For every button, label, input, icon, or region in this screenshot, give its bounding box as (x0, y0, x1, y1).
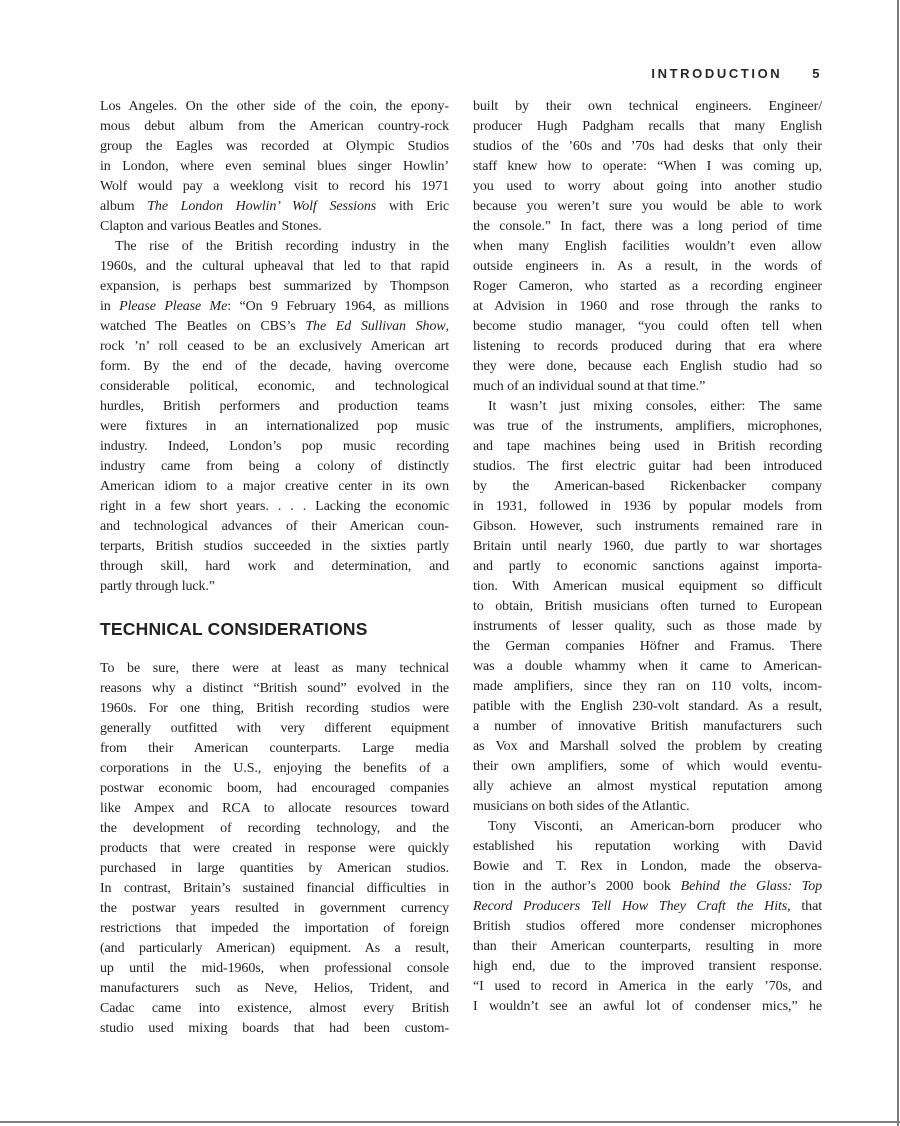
text-line: tion. With American musical equipment so… (473, 577, 822, 597)
body-text: industry. Indeed, London’s pop music rec… (100, 439, 449, 454)
right-column: built by their own technical engineers. … (473, 97, 822, 1039)
text-columns: Los Angeles. On the other side of the co… (100, 97, 822, 1039)
text-line: much of an individual sound at that time… (473, 377, 822, 397)
body-text: through skill, hard work and determinati… (100, 559, 449, 574)
text-line: 1960s, and the cultural upheaval that le… (100, 257, 449, 277)
text-line: because you weren’t sure you would be ab… (473, 197, 822, 217)
text-line: instruments of lesser quality, such as t… (473, 617, 822, 637)
text-line: to obtain, British musicians often turne… (473, 597, 822, 617)
text-line: made amplifiers, since they ran on 110 v… (473, 677, 822, 697)
body-text: The rise of the British recording indust… (115, 239, 449, 254)
text-line: terparts, British studios succeeded in t… (100, 537, 449, 557)
text-line: British studios offered more condenser m… (473, 917, 822, 937)
body-text: mous debut album from the American count… (100, 119, 449, 134)
body-text: manufacturers such as Neve, Helios, Trid… (100, 981, 449, 996)
text-line: producer Hugh Padgham recalls that many … (473, 117, 822, 137)
text-line: To be sure, there were at least as many … (100, 659, 449, 679)
text-line: partly through luck.” (100, 577, 449, 597)
text-line: hurdles, British performers and producti… (100, 397, 449, 417)
text-line: restrictions that impeded the importatio… (100, 919, 449, 939)
text-line: Gibson. However, such instruments remain… (473, 517, 822, 537)
body-text: to obtain, British musicians often turne… (473, 599, 822, 614)
body-text: , (446, 319, 449, 334)
body-text: right in a few short years. . . . Lackin… (100, 499, 449, 514)
text-line: and tape machines being used in British … (473, 437, 822, 457)
italic-text: The London Howlin’ Wolf Sessions (147, 199, 376, 214)
text-line: In contrast, Britain’s sustained financi… (100, 879, 449, 899)
text-line: the development of recording technology,… (100, 819, 449, 839)
text-line: they were done, because each English stu… (473, 357, 822, 377)
text-line: American idiom to a major creative cente… (100, 477, 449, 497)
body-text: “I used to record in America in the earl… (473, 979, 822, 994)
left-column: Los Angeles. On the other side of the co… (100, 97, 449, 1039)
text-line: at Advision in 1960 and rose through the… (473, 297, 822, 317)
body-text: and partly to economic sanctions against… (473, 559, 822, 574)
body-text: than their American counterparts, result… (473, 939, 822, 954)
text-line: like Ampex and RCA to allocate resources… (100, 799, 449, 819)
body-text: when many English facilities wouldn’t ev… (473, 239, 822, 254)
body-text: considerable political, economic, and te… (100, 379, 449, 394)
text-line: It wasn’t just mixing consoles, either: … (473, 397, 822, 417)
body-text: Roger Cameron, who started as a recordin… (473, 279, 822, 294)
text-line: Cadac came into existence, almost every … (100, 999, 449, 1019)
body-text: was true of the instruments, amplifiers,… (473, 419, 822, 434)
page-edge-right (897, 0, 899, 1126)
body-text: studio used mixing boards that had been … (100, 1021, 449, 1036)
body-text: tion. With American musical equipment so… (473, 579, 822, 594)
body-text: postwar economic boom, had encouraged co… (100, 781, 449, 796)
body-text: become studio manager, “you could often … (473, 319, 822, 334)
body-text: patible with the English 230-volt standa… (473, 699, 822, 714)
body-text: To be sure, there were at least as many … (100, 661, 449, 676)
body-text: producer Hugh Padgham recalls that many … (473, 119, 822, 134)
paragraph: To be sure, there were at least as many … (100, 659, 449, 1039)
text-line: you used to worry about going into anoth… (473, 177, 822, 197)
body-text: It wasn’t just mixing consoles, either: … (488, 399, 822, 414)
text-line: their own amplifiers, some of which woul… (473, 757, 822, 777)
paragraph: Los Angeles. On the other side of the co… (100, 97, 449, 237)
body-text: the development of recording technology,… (100, 821, 449, 836)
body-text: as Vox and Marshall solved the problem b… (473, 739, 822, 754)
body-text: in 1931, followed in 1936 by popular mod… (473, 499, 822, 514)
running-head-title: INTRODUCTION (651, 66, 782, 81)
text-line: up until the mid-1960s, when professiona… (100, 959, 449, 979)
body-text: partly through luck.” (100, 579, 215, 594)
body-text: American idiom to a major creative cente… (100, 479, 449, 494)
text-line: a number of innovative British manufactu… (473, 717, 822, 737)
body-text: were fixtures in an internationalized po… (100, 419, 449, 434)
body-text: Clapton and various Beatles and Stones. (100, 219, 322, 234)
text-line: group the Eagles was recorded at Olympic… (100, 137, 449, 157)
body-text: (and particularly American) equipment. A… (100, 941, 449, 956)
body-text: Los Angeles. On the other side of the co… (100, 99, 449, 114)
body-text: and technological advances of their Amer… (100, 519, 449, 534)
text-line: from their American counterparts. Large … (100, 739, 449, 759)
text-line: in 1931, followed in 1936 by popular mod… (473, 497, 822, 517)
text-line: Wolf would pay a weeklong visit to recor… (100, 177, 449, 197)
text-line: and technological advances of their Amer… (100, 517, 449, 537)
body-text: musicians on both sides of the Atlantic. (473, 799, 689, 814)
text-line: (and particularly American) equipment. A… (100, 939, 449, 959)
text-line: reasons why a distinct “British sound” e… (100, 679, 449, 699)
text-line: patible with the English 230-volt standa… (473, 697, 822, 717)
body-text: listening to records produced during tha… (473, 339, 822, 354)
body-text: terparts, British studios succeeded in t… (100, 539, 449, 554)
text-line: Los Angeles. On the other side of the co… (100, 97, 449, 117)
text-line: manufacturers such as Neve, Helios, Trid… (100, 979, 449, 999)
text-line: built by their own technical engineers. … (473, 97, 822, 117)
text-line: form. By the end of the decade, having o… (100, 357, 449, 377)
body-text: group the Eagles was recorded at Olympic… (100, 139, 449, 154)
body-text: industry came from being a colony of dis… (100, 459, 449, 474)
body-text: In contrast, Britain’s sustained financi… (100, 881, 449, 896)
text-line: listening to records produced during tha… (473, 337, 822, 357)
text-line: by the American-based Rickenbacker compa… (473, 477, 822, 497)
text-line: industry came from being a colony of dis… (100, 457, 449, 477)
body-text: expansion, is perhaps best summarized by… (100, 279, 449, 294)
body-text: much of an individual sound at that time… (473, 379, 705, 394)
body-text: by the American-based Rickenbacker compa… (473, 479, 822, 494)
text-line: musicians on both sides of the Atlantic. (473, 797, 822, 817)
body-text: Tony Visconti, an American-born producer… (488, 819, 822, 834)
body-text: their own amplifiers, some of which woul… (473, 759, 822, 774)
text-line: 1960s. For one thing, British recording … (100, 699, 449, 719)
text-line: outside engineers in. As a result, in th… (473, 257, 822, 277)
text-line: Tony Visconti, an American-born producer… (473, 817, 822, 837)
body-text: : “On 9 February 1964, as millions (227, 299, 449, 314)
text-line: high end, due to the improved transient … (473, 957, 822, 977)
book-page: INTRODUCTION 5 Los Angeles. On the other… (0, 0, 900, 1126)
text-line: I wouldn’t see an awful lot of condenser… (473, 997, 822, 1017)
text-line: established his reputation working with … (473, 837, 822, 857)
body-text: a number of innovative British manufactu… (473, 719, 822, 734)
text-line: considerable political, economic, and te… (100, 377, 449, 397)
text-line: through skill, hard work and determinati… (100, 557, 449, 577)
text-line: in London, where even seminal blues sing… (100, 157, 449, 177)
text-line: The rise of the British recording indust… (100, 237, 449, 257)
body-text: generally outfitted with very different … (100, 721, 449, 736)
body-text: studios of the ’60s and ’70s had desks t… (473, 139, 822, 154)
text-line: Bowie and T. Rex in London, made the obs… (473, 857, 822, 877)
body-text: in (100, 299, 119, 314)
text-line: ally achieve an almost mystical reputati… (473, 777, 822, 797)
text-line: generally outfitted with very different … (100, 719, 449, 739)
body-text: established his reputation working with … (473, 839, 822, 854)
paragraph: built by their own technical engineers. … (473, 97, 822, 397)
body-text: in London, where even seminal blues sing… (100, 159, 449, 174)
page-edge-bottom (0, 1121, 900, 1123)
body-text: staff knew how to operate: “When I was c… (473, 159, 822, 174)
text-line: studios of the ’60s and ’70s had desks t… (473, 137, 822, 157)
italic-text: The Ed Sullivan Show (305, 319, 445, 334)
section-heading: TECHNICAL CONSIDERATIONS (100, 616, 449, 642)
text-line: become studio manager, “you could often … (473, 317, 822, 337)
body-text: they were done, because each English stu… (473, 359, 822, 374)
body-text: restrictions that impeded the importatio… (100, 921, 449, 936)
text-line: mous debut album from the American count… (100, 117, 449, 137)
text-line: tion in the author’s 2000 book Behind th… (473, 877, 822, 897)
body-text: 1960s. For one thing, British recording … (100, 701, 449, 716)
body-text: Cadac came into existence, almost every … (100, 1001, 449, 1016)
paragraph: It wasn’t just mixing consoles, either: … (473, 397, 822, 817)
body-text: Wolf would pay a weeklong visit to recor… (100, 179, 449, 194)
body-text: Bowie and T. Rex in London, made the obs… (473, 859, 822, 874)
text-line: than their American counterparts, result… (473, 937, 822, 957)
text-line: was a double whammy when it came to Amer… (473, 657, 822, 677)
body-text: was a double whammy when it came to Amer… (473, 659, 822, 674)
body-text: watched The Beatles on CBS’s (100, 319, 305, 334)
body-text: I wouldn’t see an awful lot of condenser… (473, 999, 822, 1014)
text-line: the console.” In fact, there was a long … (473, 217, 822, 237)
body-text: reasons why a distinct “British sound” e… (100, 681, 449, 696)
text-line: the postwar years resulted in government… (100, 899, 449, 919)
paragraph: Tony Visconti, an American-born producer… (473, 817, 822, 1017)
body-text: because you weren’t sure you would be ab… (473, 199, 822, 214)
text-line: right in a few short years. . . . Lackin… (100, 497, 449, 517)
body-text: the console.” In fact, there was a long … (473, 219, 822, 234)
body-text: high end, due to the improved transient … (473, 959, 822, 974)
body-text: at Advision in 1960 and rose through the… (473, 299, 822, 314)
text-line: studios. The first electric guitar had b… (473, 457, 822, 477)
italic-text: Record Producers Tell How They Craft the… (473, 899, 787, 914)
body-text: Britain until nearly 1960, due partly to… (473, 539, 822, 554)
text-line: corporations in the U.S., enjoying the b… (100, 759, 449, 779)
body-text: Gibson. However, such instruments remain… (473, 519, 822, 534)
text-line: rock ’n’ roll ceased to be an exclusivel… (100, 337, 449, 357)
body-text: and tape machines being used in British … (473, 439, 822, 454)
text-line: studio used mixing boards that had been … (100, 1019, 449, 1039)
text-line: Britain until nearly 1960, due partly to… (473, 537, 822, 557)
text-line: as Vox and Marshall solved the problem b… (473, 737, 822, 757)
text-line: watched The Beatles on CBS’s The Ed Sull… (100, 317, 449, 337)
body-text: 1960s, and the cultural upheaval that le… (100, 259, 449, 274)
body-text: built by their own technical engineers. … (473, 99, 822, 114)
text-line: industry. Indeed, London’s pop music rec… (100, 437, 449, 457)
text-line: purchased in large quantities by America… (100, 859, 449, 879)
body-text: you used to worry about going into anoth… (473, 179, 822, 194)
text-line: postwar economic boom, had encouraged co… (100, 779, 449, 799)
body-text: instruments of lesser quality, such as t… (473, 619, 822, 634)
body-text: studios. The first electric guitar had b… (473, 459, 822, 474)
body-text: purchased in large quantities by America… (100, 861, 449, 876)
body-text: with Eric (376, 199, 449, 214)
body-text: rock ’n’ roll ceased to be an exclusivel… (100, 339, 449, 354)
body-text: hurdles, British performers and producti… (100, 399, 449, 414)
body-text: album (100, 199, 147, 214)
body-text: outside engineers in. As a result, in th… (473, 259, 822, 274)
body-text: the postwar years resulted in government… (100, 901, 449, 916)
body-text: up until the mid-1960s, when professiona… (100, 961, 449, 976)
text-line: Record Producers Tell How They Craft the… (473, 897, 822, 917)
body-text: tion in the author’s 2000 book (473, 879, 681, 894)
body-text: , that (787, 899, 822, 914)
text-line: in Please Please Me: “On 9 February 1964… (100, 297, 449, 317)
running-header: INTRODUCTION 5 (470, 66, 820, 81)
text-line: staff knew how to operate: “When I was c… (473, 157, 822, 177)
text-line: when many English facilities wouldn’t ev… (473, 237, 822, 257)
text-line: the German companies Höfner and Framus. … (473, 637, 822, 657)
text-line: album The London Howlin’ Wolf Sessions w… (100, 197, 449, 217)
text-line: Clapton and various Beatles and Stones. (100, 217, 449, 237)
text-line: Roger Cameron, who started as a recordin… (473, 277, 822, 297)
text-line: was true of the instruments, amplifiers,… (473, 417, 822, 437)
italic-text: Behind the Glass: Top (681, 879, 822, 894)
body-text: products that were created in response w… (100, 841, 449, 856)
body-text: like Ampex and RCA to allocate resources… (100, 801, 449, 816)
text-line: were fixtures in an internationalized po… (100, 417, 449, 437)
italic-text: Please Please Me (119, 299, 227, 314)
text-line: expansion, is perhaps best summarized by… (100, 277, 449, 297)
body-text: form. By the end of the decade, having o… (100, 359, 449, 374)
paragraph: The rise of the British recording indust… (100, 237, 449, 597)
body-text: ally achieve an almost mystical reputati… (473, 779, 822, 794)
text-line: products that were created in response w… (100, 839, 449, 859)
body-text: made amplifiers, since they ran on 110 v… (473, 679, 822, 694)
body-text: from their American counterparts. Large … (100, 741, 449, 756)
body-text: corporations in the U.S., enjoying the b… (100, 761, 449, 776)
text-line: and partly to economic sanctions against… (473, 557, 822, 577)
text-line: “I used to record in America in the earl… (473, 977, 822, 997)
page-number: 5 (812, 66, 820, 81)
body-text: British studios offered more condenser m… (473, 919, 822, 934)
body-text: the German companies Höfner and Framus. … (473, 639, 822, 654)
